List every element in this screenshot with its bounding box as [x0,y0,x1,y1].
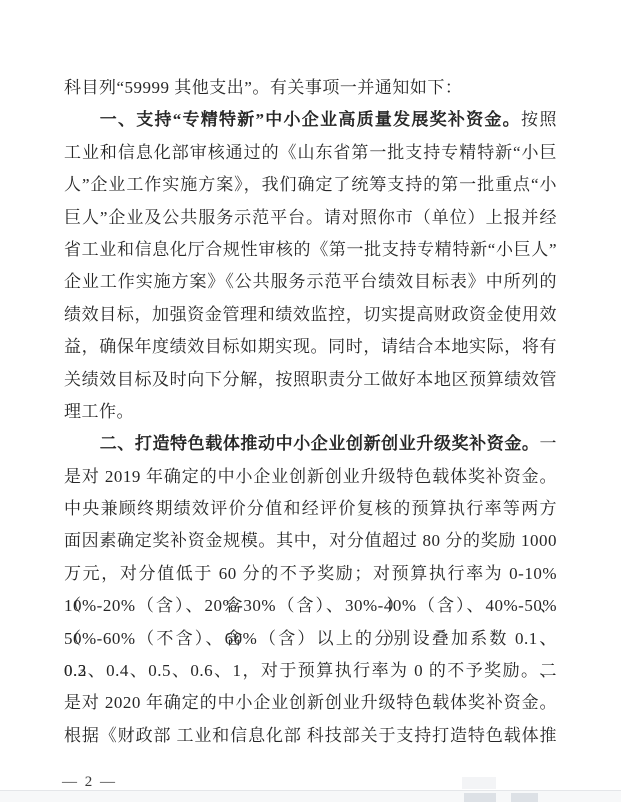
text-line: 省工业和信息化厅合规性审核的《第一批支持专精特新“小巨人” [64,234,557,266]
body-text: 绩效目标，加强资金管理和绩效监控，切实提高财政资金使用效 [64,305,557,324]
body-text: 工业和信息化部审核通过的《山东省第一批支持专精特新“小巨 [64,143,557,162]
body-text: 是对 2020 年确定的中小企业创新创业升级特色载体奖补资金。 [64,693,557,712]
text-line: 50%-60%（不含）、60%（含）以上的分别设叠加系数 0.1、0.2、 [64,623,557,655]
text-line: 是对 2019 年确定的中小企业创新创业升级特色载体奖补资金。 [64,461,557,493]
heading-text: 一、支持“专精特新”中小企业高质量发展奖补资金。 [100,110,521,129]
document-lines: 科目列“59999 其他支出”。有关事项一并通知如下：一、支持“专精特新”中小企… [64,72,557,752]
text-line: 中央兼顾终期绩效评价分值和经评价复核的预算执行率等两方 [64,493,557,525]
text-line: 面因素确定奖补资金规模。其中，对分值超过 80 分的奖励 1000 [64,525,557,557]
bottom-bar [0,790,621,802]
text-line: 一、支持“专精特新”中小企业高质量发展奖补资金。按照 [64,104,557,136]
body-text: 根据《财政部 工业和信息化部 科技部关于支持打造特色载体推 [64,726,557,745]
text-line: 0.3、0.4、0.5、0.6、1，对于预算执行率为 0 的不予奖励。二 [64,655,557,687]
page-number: — 2 — [62,774,117,791]
text-line: 理工作。 [64,396,557,428]
text-line: 人”企业工作实施方案》，我们确定了统筹支持的第一批重点“小 [64,169,557,201]
body-text: 是对 2019 年确定的中小企业创新创业升级特色载体奖补资金。 [64,467,557,486]
body-text: 按照 [521,110,557,129]
bottom-bar-fragment [511,793,538,802]
heading-text: 二、打造特色载体推动中小企业创新创业升级奖补资金。 [100,434,540,453]
body-text: 益，确保年度绩效目标如期实现。同时，请结合本地实际，将有 [64,337,557,356]
body-text: 0.3、0.4、0.5、0.6、1，对于预算执行率为 0 的不予奖励。二 [64,661,557,680]
bottom-ui-fragment-light [462,777,496,789]
text-line: 根据《财政部 工业和信息化部 科技部关于支持打造特色载体推 [64,720,557,752]
body-text: 人”企业工作实施方案》，我们确定了统筹支持的第一批重点“小 [64,175,557,194]
text-line: 企业工作实施方案》《公共服务示范平台绩效目标表》中所列的 [64,266,557,298]
bottom-bar-fragment [464,793,496,802]
body-text: 企业工作实施方案》《公共服务示范平台绩效目标表》中所列的 [64,272,557,291]
body-text: 省工业和信息化厅合规性审核的《第一批支持专精特新“小巨人” [64,240,557,259]
body-text: 科目列“59999 其他支出”。有关事项一并通知如下： [64,78,462,97]
text-line: 10%-20%（含）、20%-30%（含）、30%-40%（含）、40%-50%… [64,590,557,622]
body-text: 理工作。 [64,402,134,421]
text-line: 二、打造特色载体推动中小企业创新创业升级奖补资金。一 [64,428,557,460]
body-text: 面因素确定奖补资金规模。其中，对分值超过 80 分的奖励 1000 [64,531,557,550]
document-page: 科目列“59999 其他支出”。有关事项一并通知如下：一、支持“专精特新”中小企… [0,0,621,802]
text-line: 是对 2020 年确定的中小企业创新创业升级特色载体奖补资金。 [64,687,557,719]
body-text: 巨人”企业及公共服务示范平台。请对照你市（单位）上报并经 [64,208,557,227]
text-line: 绩效目标，加强资金管理和绩效监控，切实提高财政资金使用效 [64,299,557,331]
text-line: 工业和信息化部审核通过的《山东省第一批支持专精特新“小巨 [64,137,557,169]
body-text: 关绩效目标及时向下分解，按照职责分工做好本地区预算绩效管 [64,370,557,389]
text-line: 关绩效目标及时向下分解，按照职责分工做好本地区预算绩效管 [64,364,557,396]
text-line: 万元，对分值低于 60 分的不予奖励；对预算执行率为 0-10%（含）、 [64,558,557,590]
text-line: 科目列“59999 其他支出”。有关事项一并通知如下： [64,72,557,104]
text-line: 巨人”企业及公共服务示范平台。请对照你市（单位）上报并经 [64,202,557,234]
body-text: 一 [540,434,558,453]
text-line: 益，确保年度绩效目标如期实现。同时，请结合本地实际，将有 [64,331,557,363]
body-text: 中央兼顾终期绩效评价分值和经评价复核的预算执行率等两方 [64,499,557,518]
